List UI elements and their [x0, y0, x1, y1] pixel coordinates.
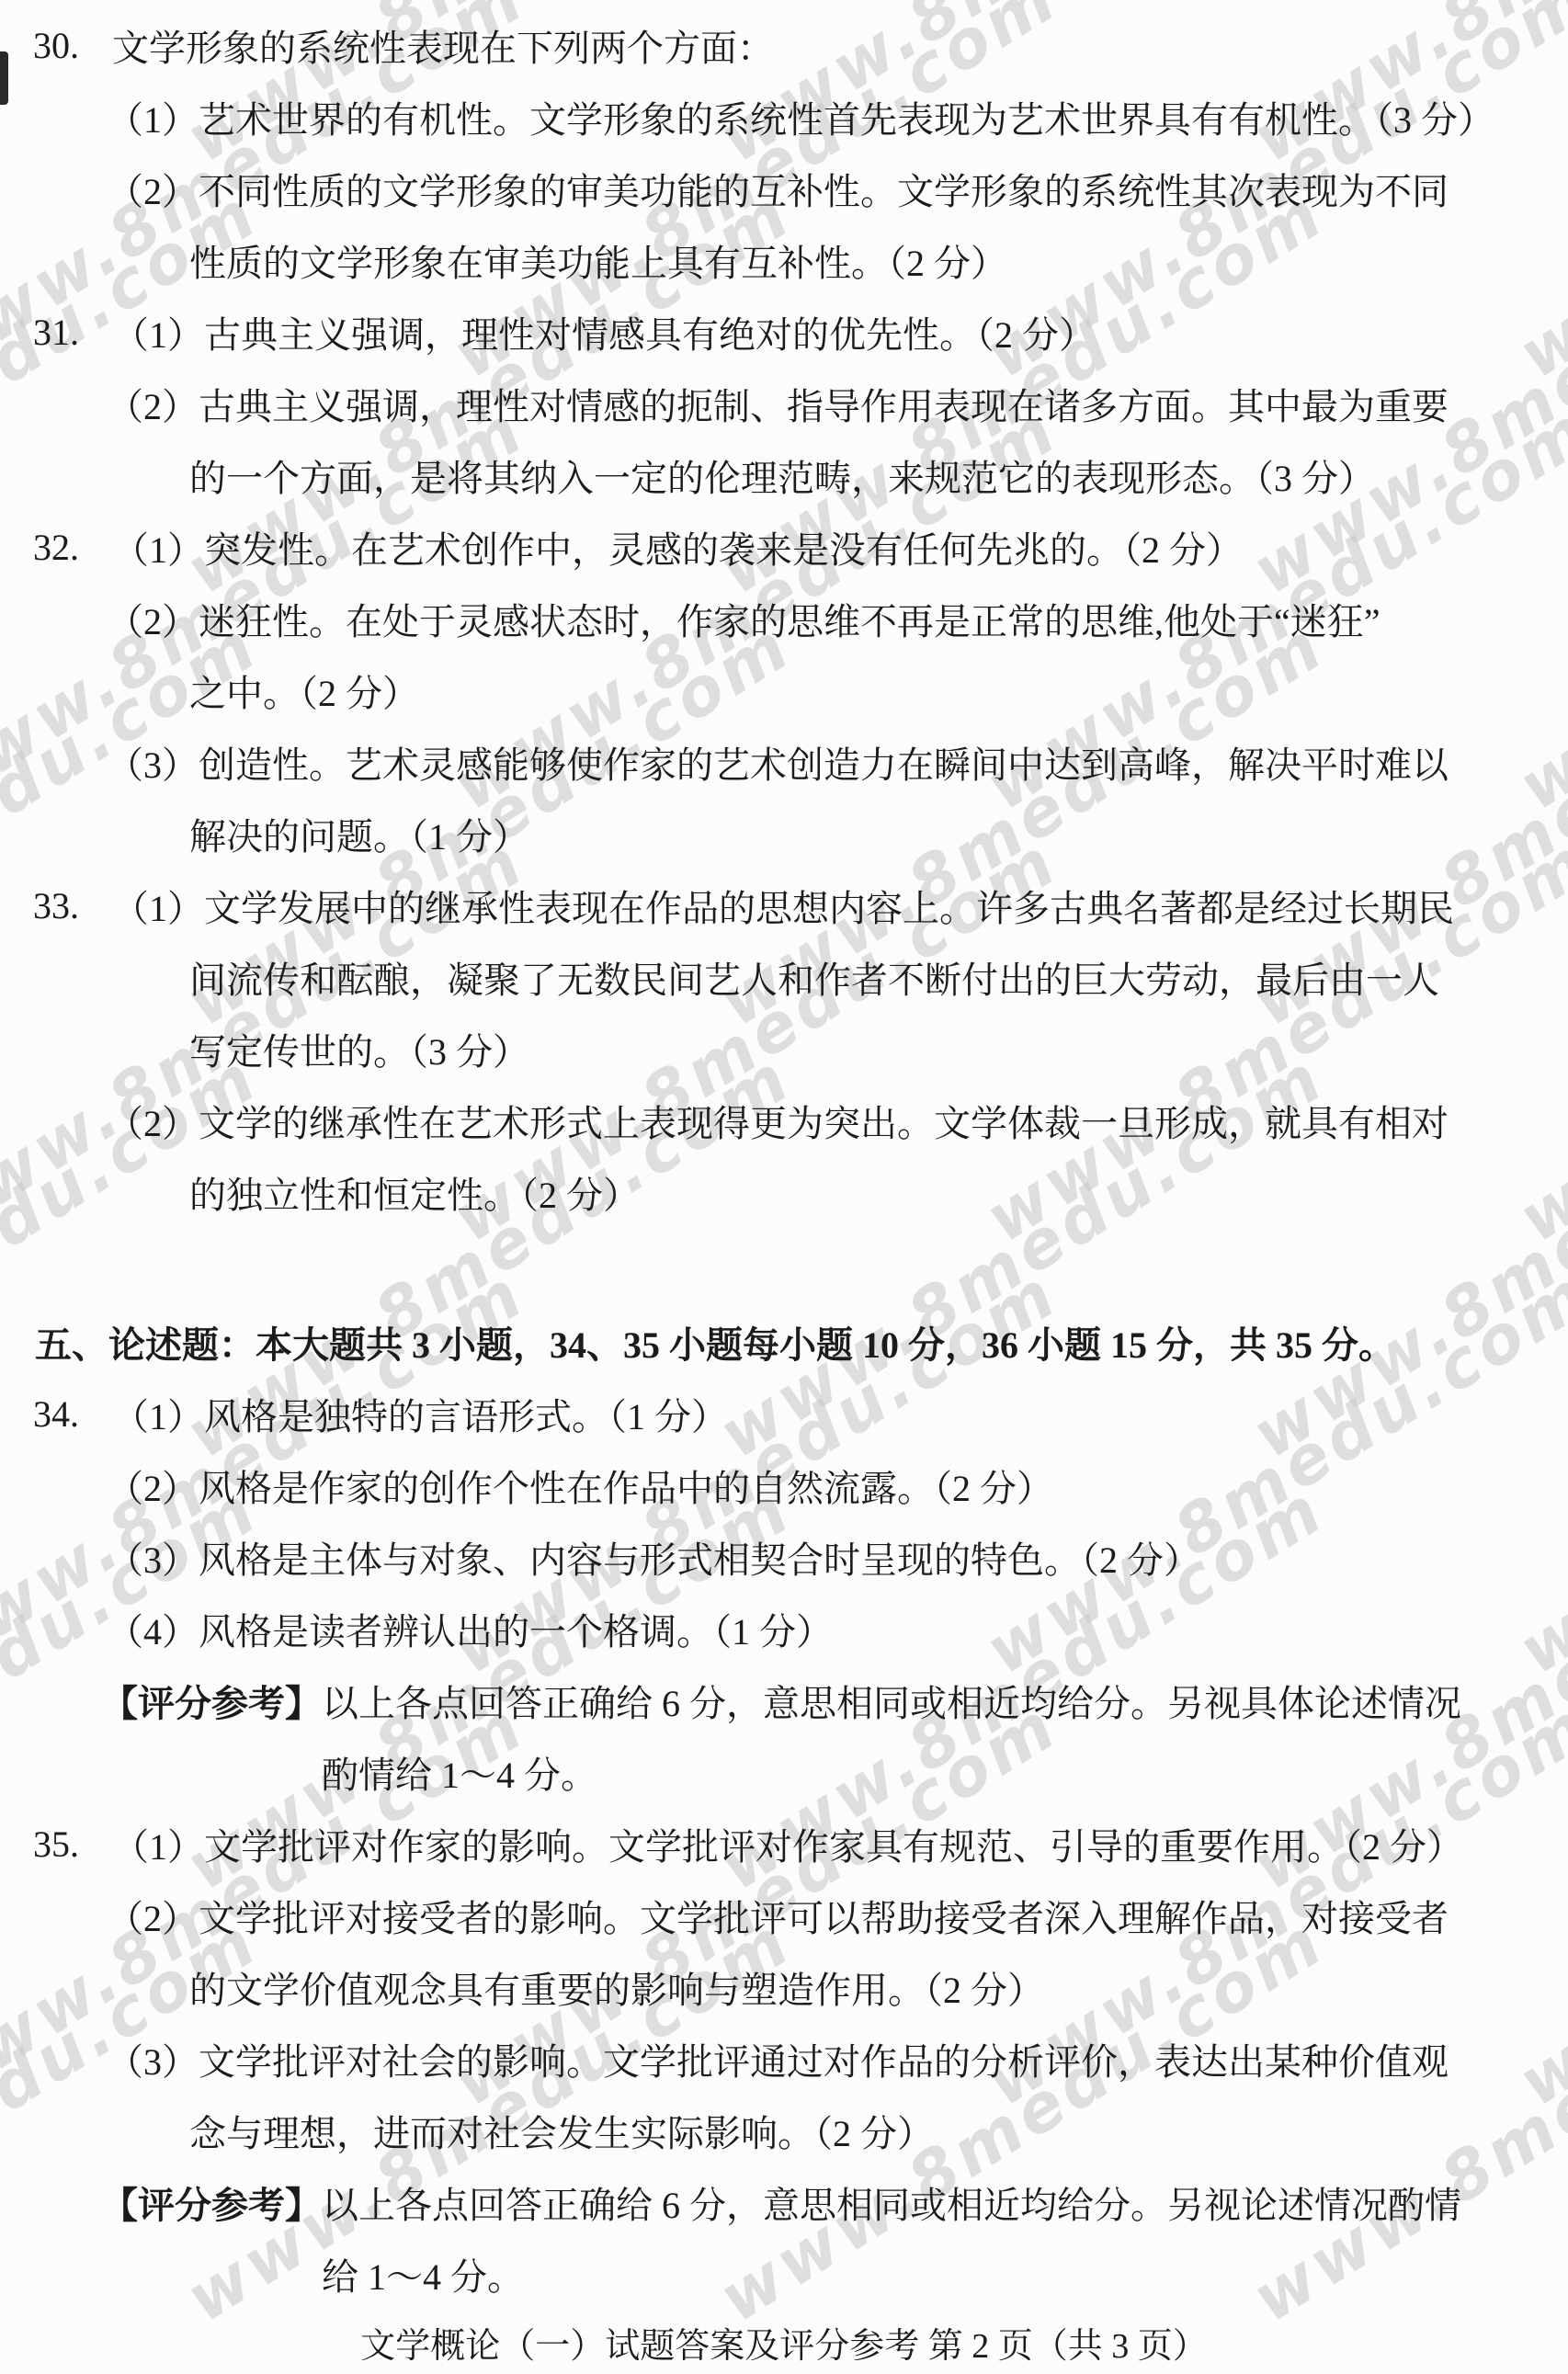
line-text: （1）艺术世界的有机性。文学形象的系统性首先表现为艺术世界具有有机性。（3 分）: [107, 91, 1494, 143]
line-text: （1）文学发展中的继承性表现在作品的思想内容上。许多古典名著都是经过长期民: [112, 880, 1454, 932]
question-number: 35.: [33, 1823, 79, 1866]
line-text: 以上各点回答正确给 6 分，意思相同或相近均给分。另视论述情况酌情: [322, 2176, 1461, 2229]
continuation-line: 解决的问题。（1 分）: [0, 798, 1568, 869]
answer-item-line: （3）风格是主体与对象、内容与形式相契合时呈现的特色。（2 分）: [0, 1521, 1568, 1593]
line-text: （3）创造性。艺术灵感能够使作家的艺术创造力在瞬间中达到高峰，解决平时难以: [107, 736, 1449, 789]
answer-item-line: （3）文学批评对社会的影响。文学批评通过对作品的分析评价，表达出某种价值观: [0, 2023, 1568, 2095]
scoring-note-line: 【评分参考】以上各点回答正确给 6 分，意思相同或相近均给分。另视具体论述情况: [0, 1664, 1568, 1736]
question-line: 33.（1）文学发展中的继承性表现在作品的思想内容上。许多古典名著都是经过长期民: [0, 869, 1568, 941]
continuation-line: 写定传世的。（3 分）: [0, 1013, 1568, 1085]
continuation-line: 之中。（2 分）: [0, 654, 1568, 726]
line-text: 性质的文学形象在审美功能上具有互补性。（2 分）: [189, 234, 1007, 287]
continuation-line: 的独立性和恒定性。（2 分）: [0, 1156, 1568, 1228]
line-text: （2）文学批评对接受者的影响。文学批评可以帮助接受者深入理解作品，对接受者: [107, 1890, 1449, 1942]
section-header-line: 五、论述题：本大题共 3 小题，34、35 小题每小题 10 分，36 小题 1…: [0, 1306, 1568, 1378]
continuation-line: 性质的文学形象在审美功能上具有互补性。（2 分）: [0, 224, 1568, 296]
question-line: 31.（1）古典主义强调，理性对情感具有绝对的优先性。（2 分）: [0, 296, 1568, 368]
line-text: （1）古典主义强调，理性对情感具有绝对的优先性。（2 分）: [112, 306, 1096, 358]
line-text: 文学形象的系统性表现在下列两个方面：: [112, 19, 774, 72]
answer-item-line: （2）不同性质的文学形象的审美功能的互补性。文学形象的系统性其次表现为不同: [0, 153, 1568, 224]
question-number: 33.: [33, 884, 79, 927]
blank-gap: [0, 1228, 1568, 1306]
scoring-note-line: 【评分参考】以上各点回答正确给 6 分，意思相同或相近均给分。另视论述情况酌情: [0, 2166, 1568, 2238]
line-text: 之中。（2 分）: [189, 664, 419, 717]
answer-item-line: （1）艺术世界的有机性。文学形象的系统性首先表现为艺术世界具有有机性。（3 分）: [0, 81, 1568, 153]
line-text: （2）迷狂性。在处于灵感状态时，作家的思维不再是正常的思维,他处于“迷狂”: [107, 593, 1381, 645]
line-text: （2）风格是作家的创作个性在作品中的自然流露。（2 分）: [107, 1460, 1053, 1512]
answer-item-line: （2）文学批评对接受者的影响。文学批评可以帮助接受者深入理解作品，对接受者: [0, 1880, 1568, 1951]
question-line: 34.（1）风格是独特的言语形式。（1 分）: [0, 1378, 1568, 1449]
page-footer: 文学概论（一）试题答案及评分参考 第 2 页（共 3 页）: [0, 2310, 1568, 2374]
question-line: 32.（1）突发性。在艺术创作中，灵感的袭来是没有任何先兆的。（2 分）: [0, 511, 1568, 583]
line-text: 的独立性和恒定性。（2 分）: [189, 1166, 640, 1219]
answer-item-line: （4）风格是读者辨认出的一个格调。（1 分）: [0, 1593, 1568, 1664]
line-text: （1）突发性。在艺术创作中，灵感的袭来是没有任何先兆的。（2 分）: [112, 521, 1243, 574]
answer-item-line: （2）迷狂性。在处于灵感状态时，作家的思维不再是正常的思维,他处于“迷狂”: [0, 583, 1568, 654]
continuation-line: 的文学价值观念具有重要的影响与塑造作用。（2 分）: [0, 1951, 1568, 2023]
footer-text: 文学概论（一）试题答案及评分参考 第 2 页（共 3 页）: [360, 2317, 1208, 2368]
line-text: （2）古典主义强调，理性对情感的扼制、指导作用表现在诸多方面。其中最为重要: [107, 378, 1449, 430]
answer-item-line: （2）文学的继承性在艺术形式上表现得更为突出。文学体裁一旦形成，就具有相对: [0, 1085, 1568, 1156]
line-text: （3）文学批评对社会的影响。文学批评通过对作品的分析评价，表达出某种价值观: [107, 2033, 1449, 2085]
line-text: 的一个方面，是将其纳入一定的伦理范畴，来规范它的表现形态。（3 分）: [189, 449, 1375, 502]
question-line: 30.文学形象的系统性表现在下列两个方面：: [0, 9, 1568, 81]
answer-content: 30.文学形象的系统性表现在下列两个方面：（1）艺术世界的有机性。文学形象的系统…: [0, 0, 1568, 2310]
line-text: （3）风格是主体与对象、内容与形式相契合时呈现的特色。（2 分）: [107, 1531, 1200, 1584]
line-text: 以上各点回答正确给 6 分，意思相同或相近均给分。另视具体论述情况: [322, 1675, 1461, 1727]
question-number: 32.: [33, 526, 79, 569]
line-text: 给 1～4 分。: [322, 2248, 524, 2300]
scoring-note-continuation-line: 酌情给 1～4 分。: [0, 1736, 1568, 1808]
line-text: 写定传世的。（3 分）: [189, 1023, 529, 1075]
answer-item-line: （2）古典主义强调，理性对情感的扼制、指导作用表现在诸多方面。其中最为重要: [0, 368, 1568, 439]
continuation-line: 念与理想，进而对社会发生实际影响。（2 分）: [0, 2095, 1568, 2166]
line-text: 念与理想，进而对社会发生实际影响。（2 分）: [189, 2105, 934, 2157]
line-text: 解决的问题。（1 分）: [189, 808, 529, 860]
line-text: 的文学价值观念具有重要的影响与塑造作用。（2 分）: [189, 1961, 1044, 2014]
line-text: 间流传和酝酿，凝聚了无数民间艺人和作者不断付出的巨大劳动，最后由一人: [189, 951, 1439, 1004]
continuation-line: 间流传和酝酿，凝聚了无数民间艺人和作者不断付出的巨大劳动，最后由一人: [0, 941, 1568, 1013]
line-text: 酌情给 1～4 分。: [322, 1746, 597, 1799]
question-number: 31.: [33, 311, 79, 354]
scoring-note-continuation-line: 给 1～4 分。: [0, 2238, 1568, 2310]
question-line: 35.（1）文学批评对作家的影响。文学批评对作家具有规范、引导的重要作用。（2 …: [0, 1808, 1568, 1880]
scanned-answer-page: www.8medu.comwww.8medu.comwww.8medu.comw…: [0, 0, 1568, 2374]
line-text: 五、论述题：本大题共 3 小题，34、35 小题每小题 10 分，36 小题 1…: [35, 1316, 1395, 1369]
question-number: 34.: [33, 1392, 79, 1436]
scoring-note-label: 【评分参考】: [101, 2176, 322, 2229]
line-text: （2）文学的继承性在艺术形式上表现得更为突出。文学体裁一旦形成，就具有相对: [107, 1095, 1449, 1147]
continuation-line: 的一个方面，是将其纳入一定的伦理范畴，来规范它的表现形态。（3 分）: [0, 439, 1568, 511]
answer-item-line: （2）风格是作家的创作个性在作品中的自然流露。（2 分）: [0, 1449, 1568, 1521]
answer-item-line: （3）创造性。艺术灵感能够使作家的艺术创造力在瞬间中达到高峰，解决平时难以: [0, 726, 1568, 798]
line-text: （1）风格是独特的言语形式。（1 分）: [112, 1388, 728, 1440]
line-text: （2）不同性质的文学形象的审美功能的互补性。文学形象的系统性其次表现为不同: [107, 163, 1449, 215]
line-text: （1）文学批评对作家的影响。文学批评对作家具有规范、引导的重要作用。（2 分）: [112, 1818, 1463, 1870]
scoring-note-label: 【评分参考】: [101, 1675, 322, 1727]
line-text: （4）风格是读者辨认出的一个格调。（1 分）: [107, 1603, 833, 1655]
question-number: 30.: [33, 24, 79, 67]
